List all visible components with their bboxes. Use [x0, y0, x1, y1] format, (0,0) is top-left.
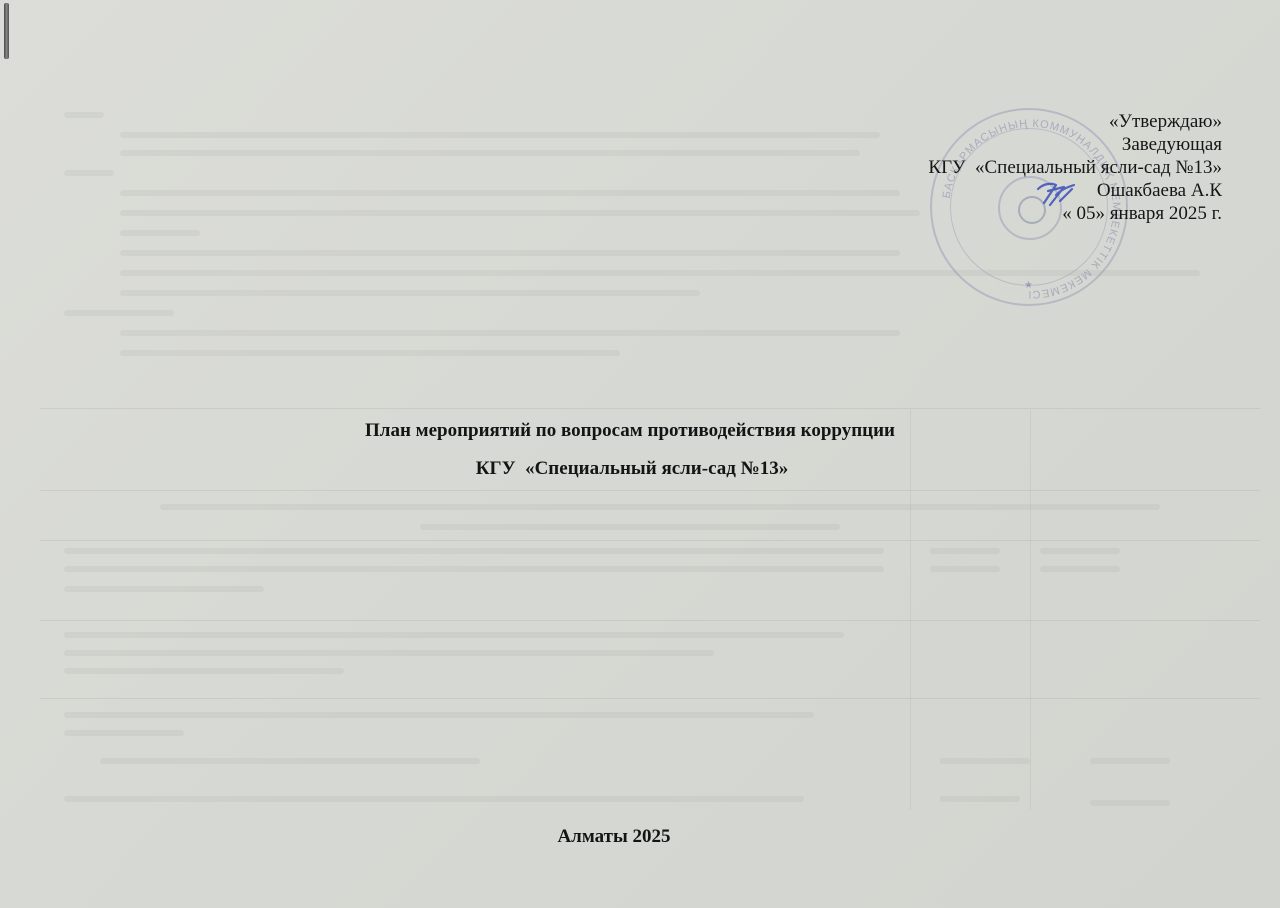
staple — [4, 3, 9, 59]
document-organization: КГУ «Специальный ясли-сад №13» — [0, 458, 1272, 480]
approval-date: « 05» января 2025 г. — [928, 202, 1222, 225]
approval-block: «Утверждаю» Заведующая КГУ «Специальный … — [928, 110, 1222, 225]
approval-signatory: Ошакбаева А.К — [928, 179, 1222, 202]
approval-position: Заведующая — [928, 133, 1222, 156]
city-year: Алматы 2025 — [0, 826, 1254, 848]
star-icon: ★ — [1024, 280, 1033, 291]
approval-heading: «Утверждаю» — [928, 110, 1222, 133]
document-page: БАСҚАРМАСЫНЫҢ КОММУНАЛДЫҚ МЕМЛЕКЕТТІК МЕ… — [0, 0, 1280, 908]
document-title: План мероприятий по вопросам противодейс… — [0, 420, 1270, 442]
approval-organization: КГУ «Специальный ясли-сад №13» — [928, 156, 1222, 179]
